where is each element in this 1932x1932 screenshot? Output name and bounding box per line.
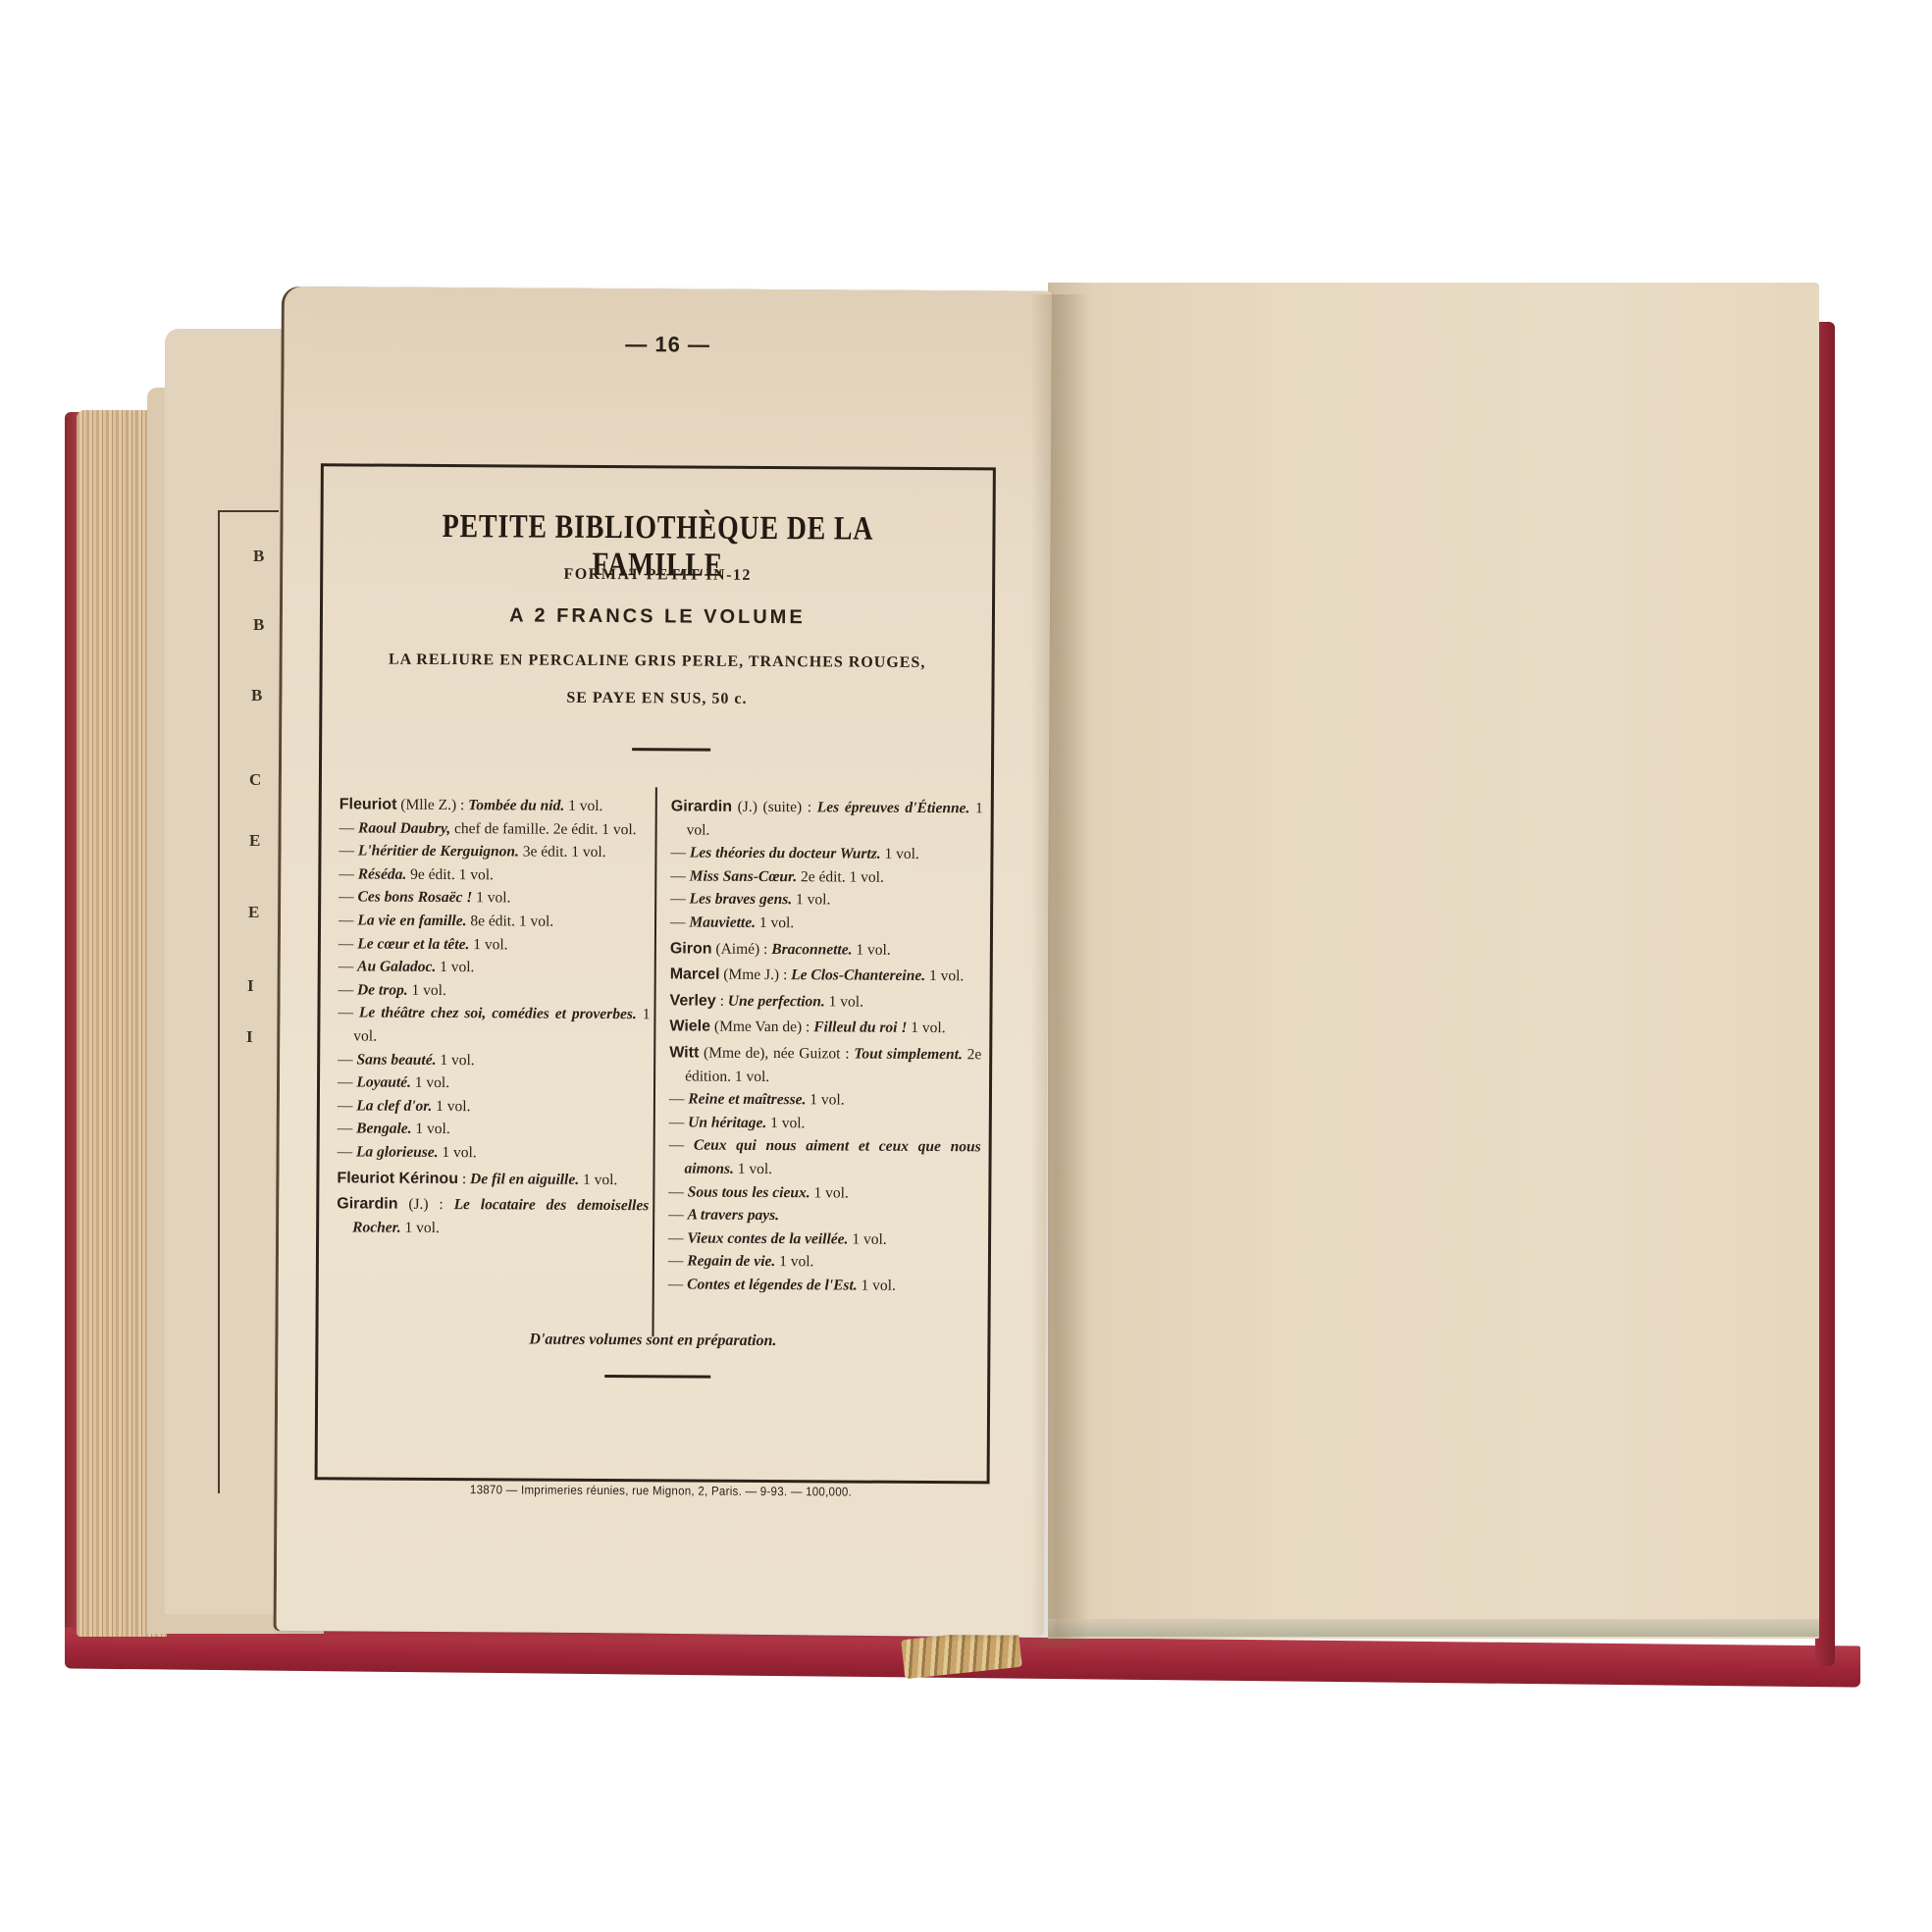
entry-edition: 1 vol. [907, 1019, 945, 1036]
catalogue-column-left: Fleuriot (Mlle Z.) : Tombée du nid. 1 vo… [337, 790, 652, 1240]
catalogue-entry: — Ceux qui nous aiment et ceux que nous … [668, 1134, 980, 1182]
entry-edition: 1 vol. [579, 1171, 617, 1187]
entry-edition: chef de famille. 2e édit. 1 vol. [450, 820, 636, 838]
underlying-letter: E [249, 831, 260, 851]
binding-line-2: SE PAYE EN SUS, 50 c. [322, 688, 991, 709]
entry-dash: — [669, 1137, 694, 1154]
entry-title: La clef d'or. [356, 1097, 432, 1114]
entry-title: Reine et maîtresse. [688, 1091, 806, 1109]
right-blank-page [1048, 283, 1819, 1639]
catalogue-entry: — La clef d'or. 1 vol. [338, 1094, 650, 1120]
footnote: D'autres volumes sont en préparation. [318, 1330, 987, 1351]
binding-line-1: LA RELIURE EN PERCALINE GRIS PERLE, TRAN… [323, 651, 992, 672]
catalogue-entry: — Les théories du docteur Wurtz. 1 vol. [670, 842, 982, 867]
catalogue-entry: — Miss Sans-Cœur. 2e édit. 1 vol. [670, 864, 982, 890]
catalogue-entry: — Le théâtre chez soi, comédies et prove… [338, 1002, 650, 1050]
format-line: FORMAT PETIT IN-12 [323, 564, 992, 586]
entry-title: Sous tous les cieux. [688, 1183, 810, 1201]
entry-edition: 1 vol. [756, 914, 794, 931]
catalogue-entry: — Bengale. 1 vol. [338, 1118, 650, 1143]
entry-dash: — [338, 1121, 356, 1137]
catalogue-entry: Witt (Mme de), née Guizot : Tout simplem… [669, 1041, 981, 1089]
entry-dash: — [670, 891, 689, 908]
entry-title: Tout simplement. [854, 1045, 963, 1063]
catalogue-entry: Fleuriot (Mlle Z.) : Tombée du nid. 1 vo… [339, 793, 652, 818]
divider-rule [604, 1375, 710, 1379]
entry-title: Les théories du docteur Wurtz. [690, 845, 881, 862]
entry-title: Vieux contes de la veillée. [687, 1229, 848, 1247]
entry-author: Verley [670, 992, 716, 1009]
catalogue-entry: — L'héritier de Kerguignon. 3e édit. 1 v… [339, 840, 651, 865]
entry-title: Sans beauté. [357, 1051, 437, 1068]
entry-dash: — [339, 912, 357, 928]
entry-title: Raoul Daubry, [358, 819, 450, 837]
catalogue-entry: Girardin (J.) (suite) : Les épreuves d'É… [671, 795, 983, 843]
entry-edition: 1 vol. [411, 1121, 449, 1137]
entry-title: Bengale. [356, 1121, 412, 1137]
catalogue-column-right: Girardin (J.) (suite) : Les épreuves d'É… [668, 792, 983, 1297]
catalogue-entry: — Sans beauté. 1 vol. [338, 1048, 650, 1073]
entry-edition: 1 vol. [432, 1098, 470, 1115]
catalogue-entry: — Sous tous les cieux. 1 vol. [668, 1180, 980, 1206]
entry-edition: 1 vol. [436, 959, 474, 975]
underlying-letter: C [249, 770, 261, 790]
page-number: — 16 — [285, 330, 1052, 360]
entry-title: Ces bons Rosaëc ! [358, 889, 473, 907]
entry-title: Loyauté. [356, 1074, 411, 1091]
catalogue-entry: Fleuriot Kérinou : De fil en aiguille. 1… [337, 1167, 649, 1192]
entry-edition: 8e édit. 1 vol. [466, 913, 553, 930]
entry-edition: 1 vol. [792, 892, 830, 909]
entry-author-detail: : [458, 1171, 470, 1187]
entry-title: La glorieuse. [356, 1143, 439, 1161]
underlying-letter: E [248, 903, 259, 922]
entry-edition: 1 vol. [411, 1074, 449, 1091]
entry-dash: — [339, 889, 357, 906]
entry-edition: 2e édit. 1 vol. [797, 868, 884, 886]
printer-imprint: 13870 — Imprimeries réunies, rue Mignon,… [308, 1482, 1015, 1499]
entry-dash: — [669, 1114, 688, 1130]
entry-title: Mauviette. [689, 914, 756, 931]
catalogue-entry: Verley : Une perfection. 1 vol. [669, 989, 981, 1015]
price-line: A 2 FRANCS LE VOLUME [323, 603, 992, 630]
entry-title: Un héritage. [688, 1114, 766, 1130]
catalogue-entry: — La glorieuse. 1 vol. [338, 1140, 650, 1166]
entry-dash: — [670, 845, 689, 862]
catalogue-entry: — Ces bons Rosaëc ! 1 vol. [339, 886, 651, 912]
entry-edition: 1 vol. [810, 1184, 849, 1201]
entry-edition: 1 vol. [408, 982, 446, 999]
entry-edition: 1 vol. [858, 1277, 896, 1293]
entry-author: Girardin [337, 1195, 397, 1212]
entry-title: Regain de vie. [687, 1253, 775, 1271]
entry-title: Une perfection. [728, 993, 825, 1011]
entry-author-detail: : [716, 992, 728, 1009]
catalogue-entry: — Les braves gens. 1 vol. [670, 888, 982, 914]
entry-edition: 1 vol. [564, 798, 602, 814]
entry-dash: — [338, 1005, 359, 1021]
entry-author-detail: (Mme J.) : [719, 966, 791, 983]
catalogue-entry: — A travers pays. [668, 1204, 980, 1229]
entry-author: Witt [669, 1044, 699, 1061]
entry-title: Ceux qui nous aiment et ceux que nous ai… [684, 1137, 980, 1177]
catalogue-entry: Girardin (J.) : Le locataire des demoise… [337, 1192, 649, 1240]
entry-title: De trop. [357, 981, 408, 998]
entry-dash: — [668, 1207, 687, 1224]
entry-dash: — [339, 843, 357, 860]
entry-dash: — [338, 1051, 356, 1068]
entry-title: Le cœur et la tête. [357, 935, 469, 953]
entry-edition: 1 vol. [881, 846, 919, 862]
entry-author-detail: (J.) : [397, 1196, 453, 1213]
catalogue-entry: — Au Galadoc. 1 vol. [339, 956, 651, 981]
entry-edition: 1 vol. [775, 1253, 813, 1270]
entry-edition: 1 vol. [401, 1219, 440, 1235]
underlying-page-frame [218, 510, 279, 1493]
catalogue-entry: — Raoul Daubry, chef de famille. 2e édit… [339, 816, 652, 842]
catalogue-entry: — Contes et légendes de l'Est. 1 vol. [668, 1273, 980, 1298]
entry-author-detail: (Aimé) : [712, 940, 772, 957]
entry-edition: 1 vol. [852, 941, 890, 958]
catalogue-entry: — Reine et maîtresse. 1 vol. [669, 1088, 981, 1114]
catalogue-entry: Marcel (Mme J.) : Le Clos-Chantereine. 1… [670, 964, 982, 989]
underlying-letter: B [253, 615, 264, 635]
entry-title: Braconnette. [771, 941, 852, 959]
catalogue-entry: — La vie en famille. 8e édit. 1 vol. [339, 909, 651, 934]
entry-author-detail: (Mme de), née Guizot : [699, 1045, 854, 1063]
entry-title: Filleul du roi ! [813, 1019, 907, 1037]
entry-edition: 1 vol. [436, 1051, 474, 1068]
entry-edition: 1 vol. [806, 1091, 844, 1108]
entry-dash: — [339, 935, 357, 952]
entry-title: Tombée du nid. [468, 797, 564, 814]
entry-dash: — [670, 867, 689, 884]
catalogue-entry: — Regain de vie. 1 vol. [668, 1250, 980, 1276]
entry-edition: 1 vol. [734, 1161, 772, 1177]
catalogue-entry: — De trop. 1 vol. [339, 978, 651, 1004]
entry-author-detail: (Mme Van de) : [710, 1018, 813, 1036]
entry-dash: — [338, 1143, 356, 1160]
right-page-bottom-edge [1048, 1619, 1819, 1637]
catalogue-entry: — Un héritage. 1 vol. [669, 1111, 981, 1136]
entry-dash: — [668, 1229, 687, 1246]
entry-dash: — [339, 865, 357, 882]
entry-edition: 1 vol. [825, 993, 863, 1010]
entry-dash: — [338, 1073, 356, 1090]
entry-edition: 3e édit. 1 vol. [519, 844, 606, 862]
entry-title: De fil en aiguille. [470, 1171, 579, 1188]
gutter-shadow [1030, 294, 1089, 1648]
entry-dash: — [669, 1091, 688, 1108]
entry-edition: 1 vol. [848, 1230, 886, 1247]
entry-title: L'héritier de Kerguignon. [358, 843, 519, 861]
entry-dash: — [668, 1253, 687, 1270]
entry-author: Wiele [669, 1018, 710, 1035]
entry-title: Contes et légendes de l'Est. [687, 1276, 858, 1293]
catalogue-entry: — Loyauté. 1 vol. [338, 1070, 650, 1096]
entry-title: Le Clos-Chantereine. [791, 966, 925, 984]
underlying-letter: I [246, 1027, 253, 1047]
catalogue-entry: — Mauviette. 1 vol. [670, 911, 982, 936]
entry-author: Fleuriot [339, 796, 397, 812]
underlying-letter: B [251, 686, 262, 705]
catalogue-entry: — Réséda. 9e édit. 1 vol. [339, 862, 651, 888]
entry-title: Au Galadoc. [357, 959, 436, 975]
entry-author: Fleuriot Kérinou [337, 1170, 458, 1187]
entry-dash: — [339, 981, 357, 998]
catalogue-entry: Wiele (Mme Van de) : Filleul du roi ! 1 … [669, 1016, 981, 1041]
catalogue-entry: — Vieux contes de la veillée. 1 vol. [668, 1227, 980, 1252]
entry-edition: 1 vol. [438, 1144, 476, 1161]
entry-author: Marcel [670, 966, 720, 983]
catalogue-frame: PETITE BIBLIOTHÈQUE DE LA FAMILLE FORMAT… [315, 463, 996, 1484]
entry-author: Girardin [671, 798, 732, 814]
entry-title: Les braves gens. [690, 891, 793, 909]
divider-rule [632, 748, 710, 751]
entry-title: A travers pays. [688, 1207, 780, 1225]
entry-dash: — [668, 1276, 687, 1292]
underlying-letter: B [253, 547, 264, 566]
entry-dash: — [339, 819, 358, 836]
entry-dash: — [339, 959, 357, 975]
entry-title: Les épreuves d'Étienne. [817, 799, 970, 816]
entry-dash: — [670, 914, 689, 930]
entry-edition: 1 vol. [469, 936, 507, 953]
entry-title: Miss Sans-Cœur. [690, 867, 798, 885]
entry-author-detail: (J.) (suite) : [732, 799, 817, 816]
entry-edition: 9e édit. 1 vol. [406, 866, 494, 884]
entry-title: Le théâtre chez soi, comédies et proverb… [359, 1005, 637, 1023]
entry-author: Giron [670, 940, 712, 957]
entry-edition: 1 vol. [925, 967, 964, 984]
entry-dash: — [668, 1183, 687, 1200]
catalogue-page: — 16 — PETITE BIBLIOTHÈQUE DE LA FAMILLE… [277, 287, 1052, 1636]
entry-edition: 1 vol. [766, 1115, 805, 1131]
column-divider [652, 787, 656, 1336]
entry-dash: — [338, 1097, 356, 1114]
entry-author-detail: (Mlle Z.) : [396, 797, 468, 813]
catalogue-entry: Giron (Aimé) : Braconnette. 1 vol. [670, 937, 982, 963]
entry-title: Réséda. [358, 865, 407, 882]
entry-edition: 1 vol. [472, 890, 510, 907]
entry-title: La vie en famille. [357, 912, 466, 929]
catalogue-entry: — Le cœur et la tête. 1 vol. [339, 932, 651, 958]
underlying-letter: I [247, 976, 254, 996]
